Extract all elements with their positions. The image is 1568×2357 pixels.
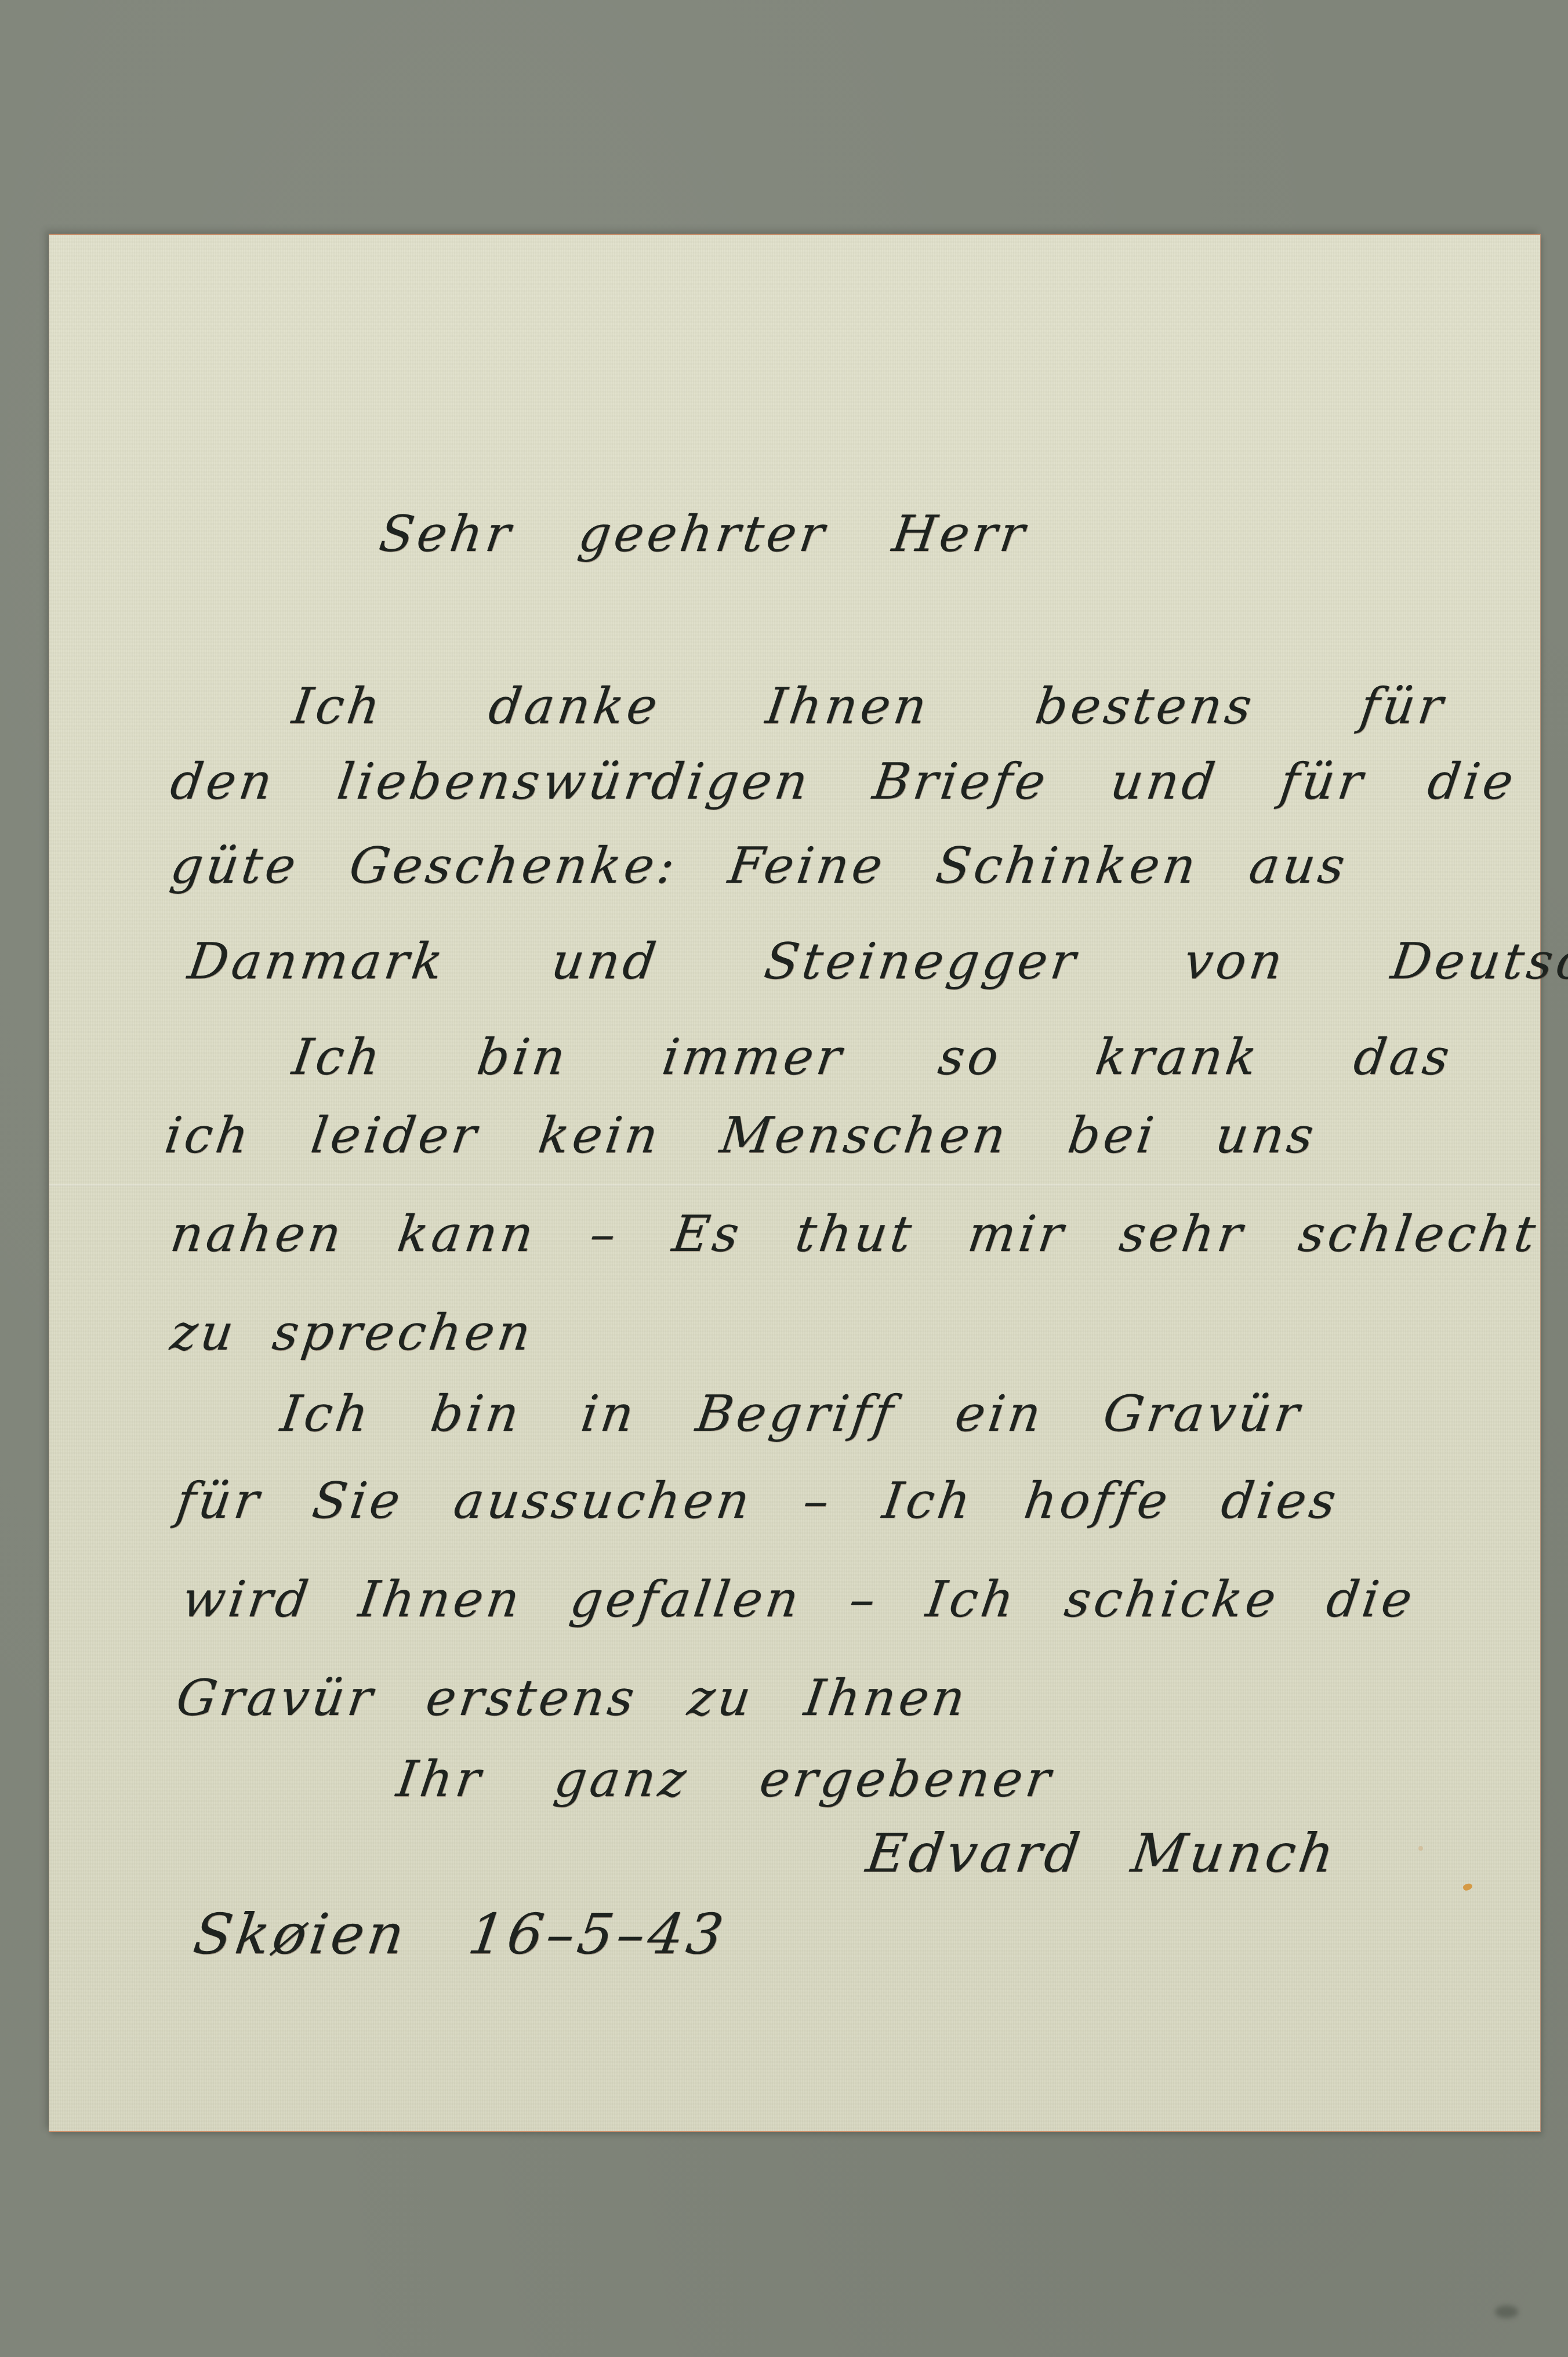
place-date: Skøien 16–5–43 [190, 1906, 729, 1962]
letter-line: nahen kann – Es thut mir sehr schlecht [168, 1209, 1542, 1259]
letter-line: für Sie aussuchen – Ich hoffe dies [173, 1476, 1342, 1526]
mat-stain [1495, 2305, 1518, 2318]
letter-sheet: Sehr geehrter Herr Ich danke Ihnen beste… [49, 234, 1541, 2132]
letter-line: Danmark und Steinegger von Deutschland [185, 937, 1568, 987]
letter-greeting: Sehr geehrter Herr [376, 509, 1031, 559]
signature: Edvard Munch [863, 1827, 1341, 1880]
letter-line: Gravür erstens zu Ihnen [173, 1673, 971, 1723]
letter-line: zu sprechen [168, 1308, 537, 1358]
letter-line: wird Ihnen gefallen – Ich schicke die [179, 1575, 1418, 1624]
paper-spot [1418, 1846, 1423, 1851]
letter-line: Ich danke Ihnen bestens für [289, 681, 1449, 731]
letter-line: ich leider kein Menschen bei uns [162, 1111, 1320, 1161]
letter-line: Ich bin in Begriff ein Gravür [278, 1389, 1306, 1439]
letter-line: güte Geschenke: Feine Schinken aus [168, 841, 1351, 891]
letter-line: Ich bin immer so krank das [289, 1032, 1456, 1082]
letter-line: den liebenswürdigen Briefe und für die [168, 757, 1520, 807]
fold-crease [49, 1184, 1540, 1187]
paper-spot-orange [1462, 1882, 1473, 1892]
letter-closing: Ihr ganz ergebener [394, 1754, 1057, 1804]
